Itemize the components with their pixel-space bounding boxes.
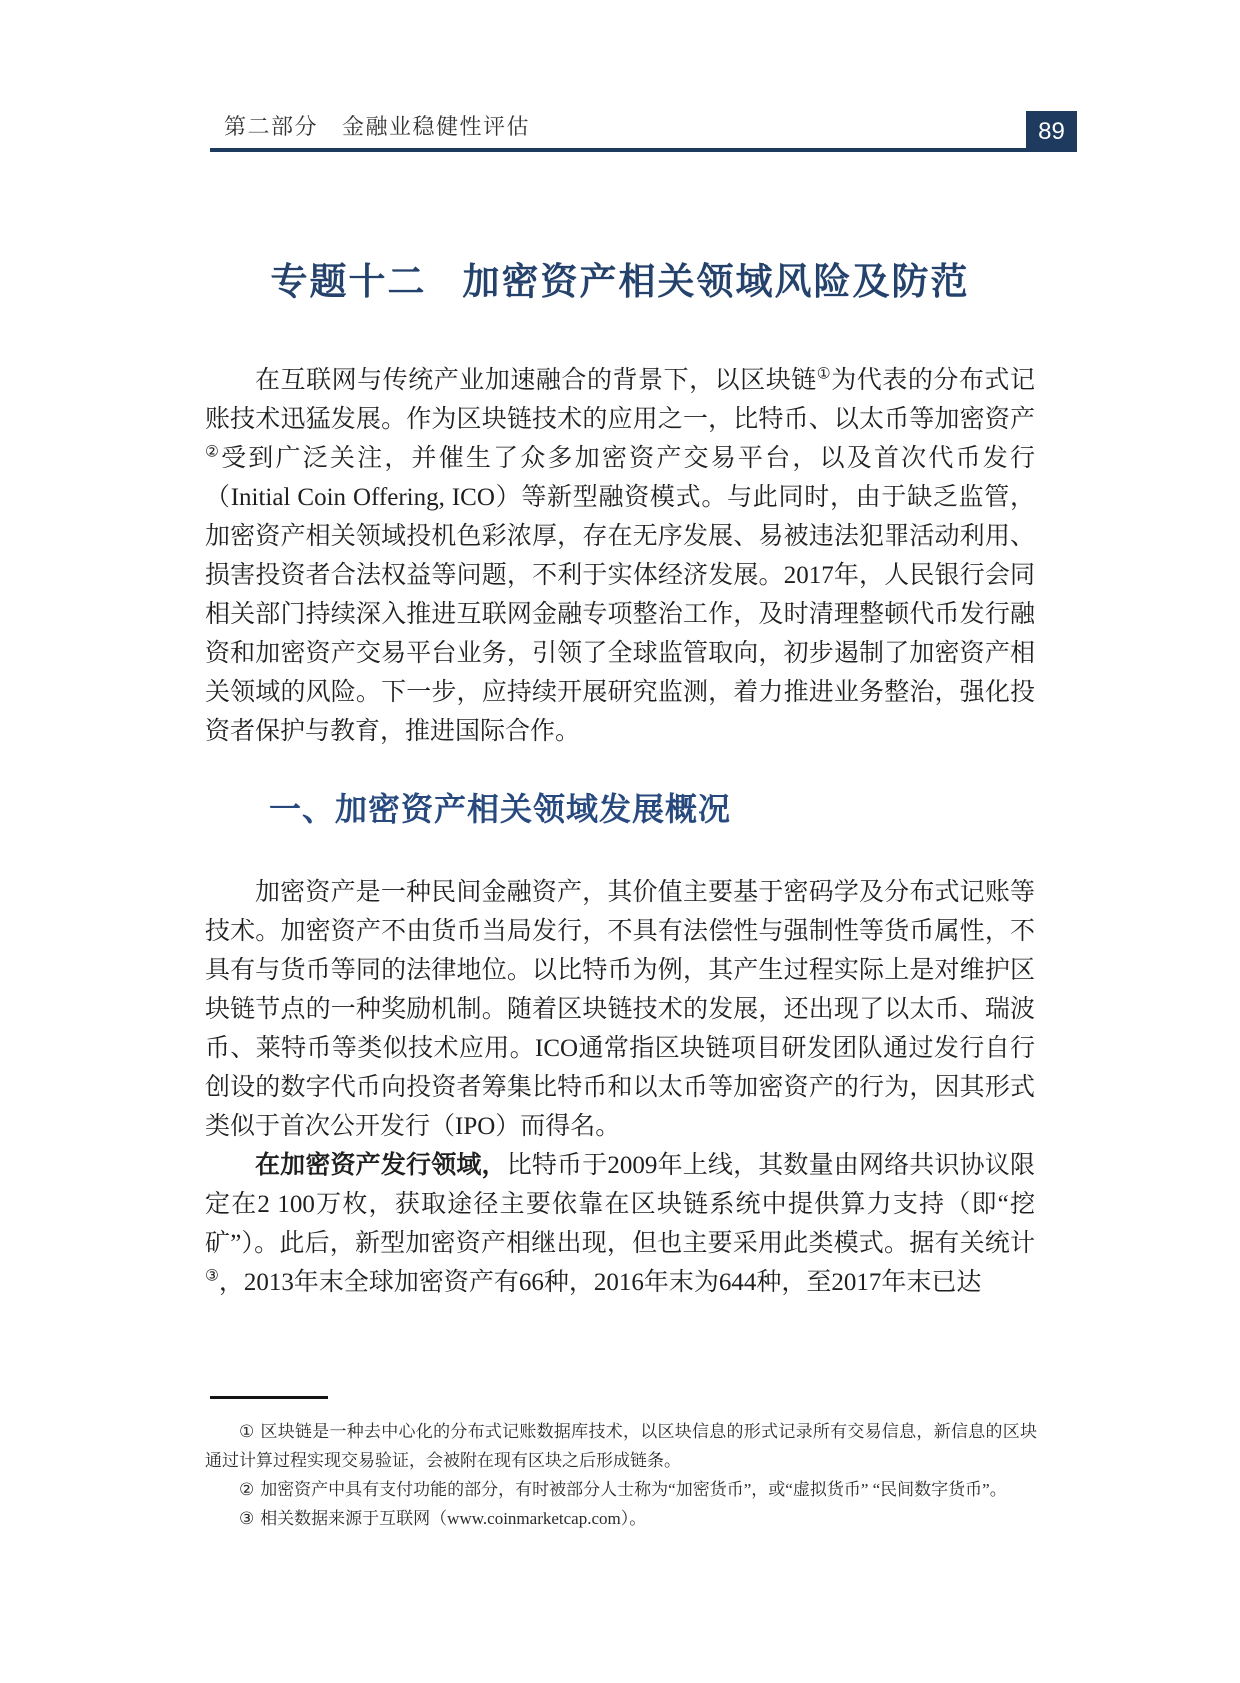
footnote-1: ①区块链是一种去中心化的分布式记账数据库技术，以区块信息的形式记录所有交易信息，… (205, 1417, 1037, 1475)
topic-title-prefix: 专题十二 (271, 262, 427, 303)
footnote-3: ③相关数据来源于互联网（www.coinmarketcap.com）。 (205, 1504, 1037, 1533)
main-content: 专题十二加密资产相关领域风险及防范 在互联网与传统产业加速融合的背景下，以区块链… (205, 0, 1035, 1302)
section-heading-1: 一、加密资产相关领域发展概况 (205, 786, 1035, 832)
footnote-3-text: 相关数据来源于互联网（www.coinmarketcap.com）。 (260, 1509, 646, 1528)
footnote-reference: ② (205, 444, 221, 461)
section1-paragraph-1: 加密资产是一种民间金融资产，其价值主要基于密码学及分布式记账等技术。加密资产不由… (205, 873, 1035, 1146)
footnote-2-text: 加密资产中具有支付功能的部分，有时被部分人士称为“加密货币”，或“虚拟货币” “… (260, 1480, 1007, 1499)
footnote-1-marker: ① (239, 1422, 255, 1441)
topic-title: 专题十二加密资产相关领域风险及防范 (205, 257, 1035, 309)
document-page: 第二部分金融业稳健性评估 89 专题十二加密资产相关领域风险及防范 在互联网与传… (0, 0, 1240, 1683)
footnote-2-marker: ② (239, 1480, 254, 1499)
section1-paragraph-2: 在加密资产发行领域，比特币于2009年上线，其数量由网络共识协议限定在2 100… (205, 1146, 1035, 1302)
footnote-3-marker: ③ (239, 1509, 254, 1528)
footnote-separator (210, 1396, 328, 1399)
footnote-reference: ① (817, 366, 831, 383)
footnote-reference: ③ (205, 1268, 219, 1285)
intro-paragraph: 在互联网与传统产业加速融合的背景下，以区块链①为代表的分布式记账技术迅猛发展。作… (205, 361, 1035, 751)
topic-title-main: 加密资产相关领域风险及防范 (463, 262, 970, 303)
footnote-1-text: 区块链是一种去中心化的分布式记账数据库技术，以区块信息的形式记录所有交易信息，新… (205, 1422, 1037, 1470)
footnotes-area: ①区块链是一种去中心化的分布式记账数据库技术，以区块信息的形式记录所有交易信息，… (205, 1396, 1037, 1533)
footnote-2: ②加密资产中具有支付功能的部分，有时被部分人士称为“加密货币”，或“虚拟货币” … (205, 1475, 1037, 1504)
emphasized-lead-in: 在加密资产发行领域， (255, 1151, 507, 1179)
